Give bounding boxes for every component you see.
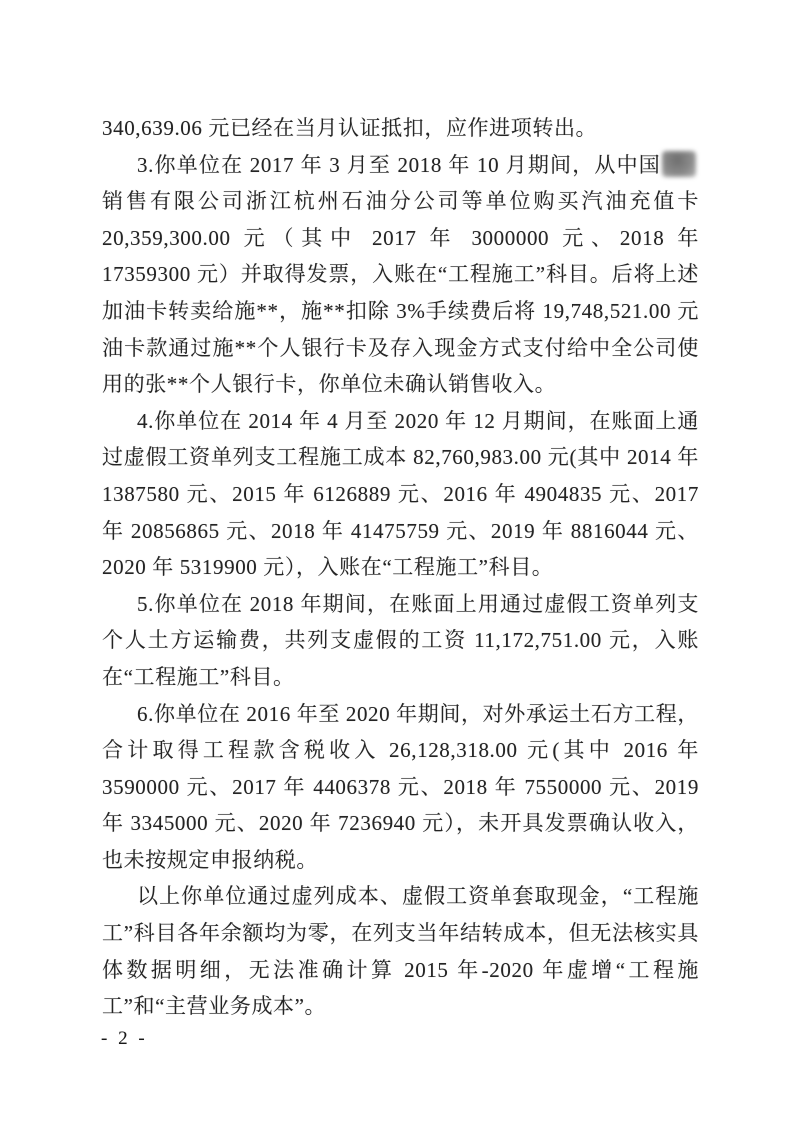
paragraph-vat-transfer-out: 340,639.06 元已经在当月认证抵扣，应作进项转出。 — [102, 110, 699, 147]
redaction-blur-box — [662, 151, 696, 177]
paragraph-item-4-fake-payroll: 4.你单位在 2014 年 4 月至 2020 年 12 月期间，在账面上通过虚… — [102, 403, 699, 586]
item-3-text-after-redaction: 销售有限公司浙江杭州石油分公司等单位购买汽油充值卡 20,359,300.00 … — [102, 189, 699, 396]
document-body: 340,639.06 元已经在当月认证抵扣，应作进项转出。 3.你单位在 201… — [102, 110, 699, 1025]
item-3-text-before-redaction: 3.你单位在 2017 年 3 月至 2018 年 10 月期间，从中国 — [137, 153, 661, 177]
paragraph-item-5-transport-wages: 5.你单位在 2018 年期间，在账面上用通过虚假工资单列支个人土方运输费，共列… — [102, 586, 699, 696]
paragraph-item-3-fuel-cards: 3.你单位在 2017 年 3 月至 2018 年 10 月期间，从中国销售有限… — [102, 147, 699, 403]
document-page: 340,639.06 元已经在当月认证抵扣，应作进项转出。 3.你单位在 201… — [0, 0, 789, 1123]
page-number: - 2 - — [101, 1028, 148, 1050]
paragraph-item-6-unreported-income: 6.你单位在 2016 年至 2020 年期间，对外承运土石方工程，合计取得工程… — [102, 696, 699, 879]
paragraph-summary: 以上你单位通过虚列成本、虚假工资单套取现金，“工程施工”科目各年余额均为零，在列… — [102, 878, 699, 1024]
